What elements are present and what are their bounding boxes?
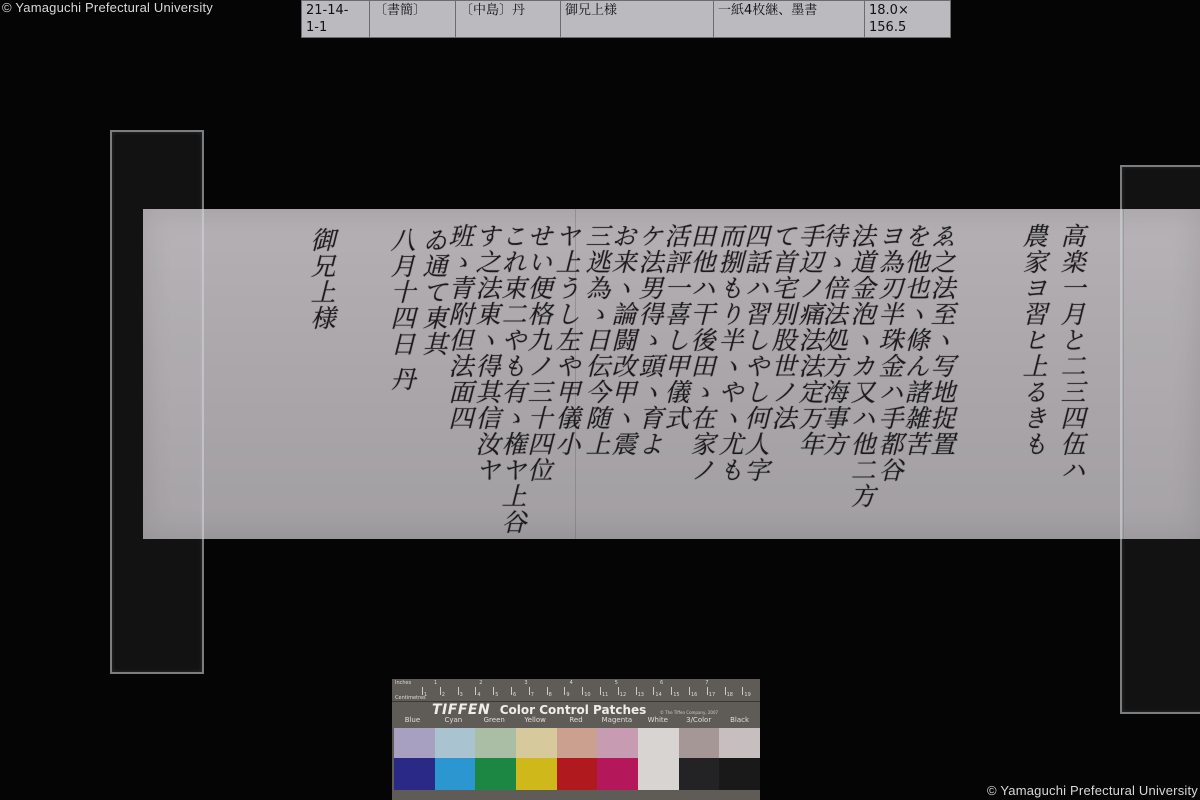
letter-column: お来ヽ論闘改甲ヽ震 (607, 223, 637, 457)
letter-column: ヤ上うし左や甲儀小 (551, 223, 581, 457)
patch-dark (557, 758, 598, 790)
ruler-tick (742, 687, 743, 695)
patch-dark (516, 758, 557, 790)
patch-label: Green (474, 716, 515, 724)
letter-column: 手辺ノ痛法法定万年 (794, 223, 824, 457)
catalog-id-line2: 1-1 (306, 20, 327, 35)
ruler-tick (725, 687, 726, 695)
ruler-cm-number: 16 (691, 692, 697, 698)
ruler-tick (653, 687, 654, 695)
letter-column: す之法東ヽ得其信汝ヤ (471, 223, 501, 483)
ruler-tick (707, 687, 708, 695)
patch-light (475, 728, 516, 758)
letter-column: 高楽一月と二三四伍ハ (1056, 223, 1086, 483)
catalog-author: 〔中島〕丹 (456, 1, 561, 38)
color-patches (394, 728, 760, 790)
patch-label: Yellow (515, 716, 556, 724)
chart-company: © The Tiffen Company, 2007 (660, 710, 718, 715)
color-patch-black (719, 728, 760, 790)
patch-light (719, 728, 760, 758)
ruler-cm-number: 18 (727, 692, 733, 698)
color-patch-green (475, 728, 516, 790)
ruler-tick (547, 687, 548, 695)
ruler-cm-number: 2 (442, 692, 445, 698)
color-patch-cyan (435, 728, 476, 790)
ruler-cm-number: 3 (460, 692, 463, 698)
ruler-cm-number: 9 (566, 692, 569, 698)
patch-light (679, 728, 720, 758)
color-patch-white (638, 728, 679, 790)
patch-light (394, 728, 435, 758)
copyright-bottom: © Yamaguchi Prefectural University (987, 783, 1198, 798)
ruler-inches-label: Inches (395, 680, 411, 686)
ruler-cm-number: 8 (549, 692, 552, 698)
catalog-size-line2: 156.5 (869, 20, 906, 35)
glass-weight-right (1120, 165, 1200, 714)
patch-light (516, 728, 557, 758)
ruler-tick (564, 687, 565, 695)
letter-column: 田他ハ干後田ゝ在家ノ (686, 223, 716, 483)
letter-column: 而捌もり半ヽやヽ尤も (714, 223, 744, 483)
ruler-tick (422, 687, 423, 695)
ruler-tick (689, 687, 690, 695)
catalog-table: 21-14- 1-1 〔書簡〕 〔中島〕丹 御兄上様 一紙4枚継、墨書 18.0… (301, 0, 951, 38)
ruler-tick (636, 687, 637, 695)
catalog-recipient: 御兄上様 (561, 1, 714, 38)
copyright-top: © Yamaguchi Prefectural University (2, 0, 213, 15)
patch-label: Black (719, 716, 760, 724)
patch-light (597, 728, 638, 758)
letter-column: ゐ通て東其 (418, 227, 448, 357)
patch-label: Magenta (596, 716, 637, 724)
ruler-tick (511, 687, 512, 695)
ruler-inch-number: 2 (479, 680, 482, 686)
patch-label: Cyan (433, 716, 474, 724)
letter-column: ケ法男得ゝ頭ヽ育よ (634, 223, 664, 457)
ruler-cm-number: 7 (531, 692, 534, 698)
letter-column: 班ゝ青附但法面四 (444, 223, 474, 431)
catalog-size: 18.0× 156.5 (865, 1, 951, 38)
ruler-cm-number: 5 (495, 692, 498, 698)
ruler-tick (475, 687, 476, 695)
letter-column: 法道金泡ヽカ又ハ他二方 (846, 223, 876, 509)
color-patch-red (557, 728, 598, 790)
patch-dark (679, 758, 720, 790)
ruler-inch-number: 5 (615, 680, 618, 686)
patch-light (638, 728, 679, 758)
ruler-tick (440, 687, 441, 695)
ruler-tick (458, 687, 459, 695)
letter-column: ヨ為刃半珠金ハ手都谷 (874, 223, 904, 483)
ruler-tick (600, 687, 601, 695)
ruler-tick (582, 687, 583, 695)
letter-column: せい便格九ノ三十四位 (523, 223, 553, 483)
patch-label: 3/Color (678, 716, 719, 724)
ruler-inch-number: 4 (570, 680, 573, 686)
patch-light (435, 728, 476, 758)
letter-scroll: 高楽一月と二三四伍ハ農家ヨ習ヒ上るきもゑ之法至ヽ写地捉置を他也ヽ條ん諸雑苦ヨ為刃… (143, 209, 1200, 539)
ruler-cm-number: 13 (638, 692, 644, 698)
glass-weight-left (110, 130, 204, 674)
ruler-tick (671, 687, 672, 695)
patch-dark (435, 758, 476, 790)
patch-dark (597, 758, 638, 790)
ruler-inch-number: 1 (434, 680, 437, 686)
letter-column: 活評一喜し甲儀式 (660, 223, 690, 431)
color-patch-3-color (679, 728, 720, 790)
ruler-inch-number: 6 (660, 680, 663, 686)
letter-column: 三逃為ゝ日伝今随上 (581, 223, 611, 457)
patch-light (557, 728, 598, 758)
patch-labels: BlueCyanGreenYellowRedMagentaWhite3/Colo… (392, 716, 760, 724)
catalog-format: 一紙4枚継、墨書 (714, 1, 865, 38)
catalog-id: 21-14- 1-1 (302, 1, 370, 38)
ruler-inch-number: 7 (705, 680, 708, 686)
color-control-chart: Inches Centimetres 123456789101112131415… (392, 679, 760, 800)
color-patch-blue (394, 728, 435, 790)
color-patch-yellow (516, 728, 557, 790)
patch-dark (638, 758, 679, 790)
ruler-cm-number: 11 (602, 692, 608, 698)
ruler-cm-number: 19 (744, 692, 750, 698)
letter-column: ゑ之法至ヽ写地捉置 (926, 223, 956, 457)
catalog-type: 〔書簡〕 (370, 1, 456, 38)
ruler-cm-number: 4 (477, 692, 480, 698)
ruler-tick (493, 687, 494, 695)
chart-title: Color Control Patches (500, 703, 647, 717)
ruler-cm-number: 17 (709, 692, 715, 698)
ruler-cm-number: 6 (513, 692, 516, 698)
letter-column: て首宅別股世ノ法 (767, 223, 797, 431)
patch-dark (394, 758, 435, 790)
ruler-cm-number: 14 (655, 692, 661, 698)
patch-label: White (637, 716, 678, 724)
ruler-cm-label: Centimetres (395, 695, 426, 701)
catalog-size-line1: 18.0× (869, 3, 909, 18)
ruler-cm-number: 12 (620, 692, 626, 698)
catalog-id-line1: 21-14- (306, 3, 348, 18)
letter-column: を他也ヽ條ん諸雑苦 (900, 223, 930, 457)
ruler-cm-number: 15 (673, 692, 679, 698)
letter-column: 八月十四日 丹 (386, 227, 416, 392)
letter-column: 御兄上様 (306, 227, 336, 331)
letter-column: 農家ヨ習ヒ上るきも (1018, 223, 1048, 457)
catalog-row: 21-14- 1-1 〔書簡〕 〔中島〕丹 御兄上様 一紙4枚継、墨書 18.0… (302, 1, 951, 38)
patch-dark (475, 758, 516, 790)
ruler-cm-number: 10 (584, 692, 590, 698)
color-patch-magenta (597, 728, 638, 790)
ruler-inch-number: 3 (524, 680, 527, 686)
patch-label: Red (556, 716, 597, 724)
ruler-cm-number: 1 (424, 692, 427, 698)
patch-dark (719, 758, 760, 790)
letter-column: これ束二やも有ゝ権ヤ上谷 (497, 223, 527, 535)
patch-label: Blue (392, 716, 433, 724)
letter-column: 四話ハ習しやし何人字 (740, 223, 770, 483)
ruler-tick (529, 687, 530, 695)
ruler-tick (618, 687, 619, 695)
